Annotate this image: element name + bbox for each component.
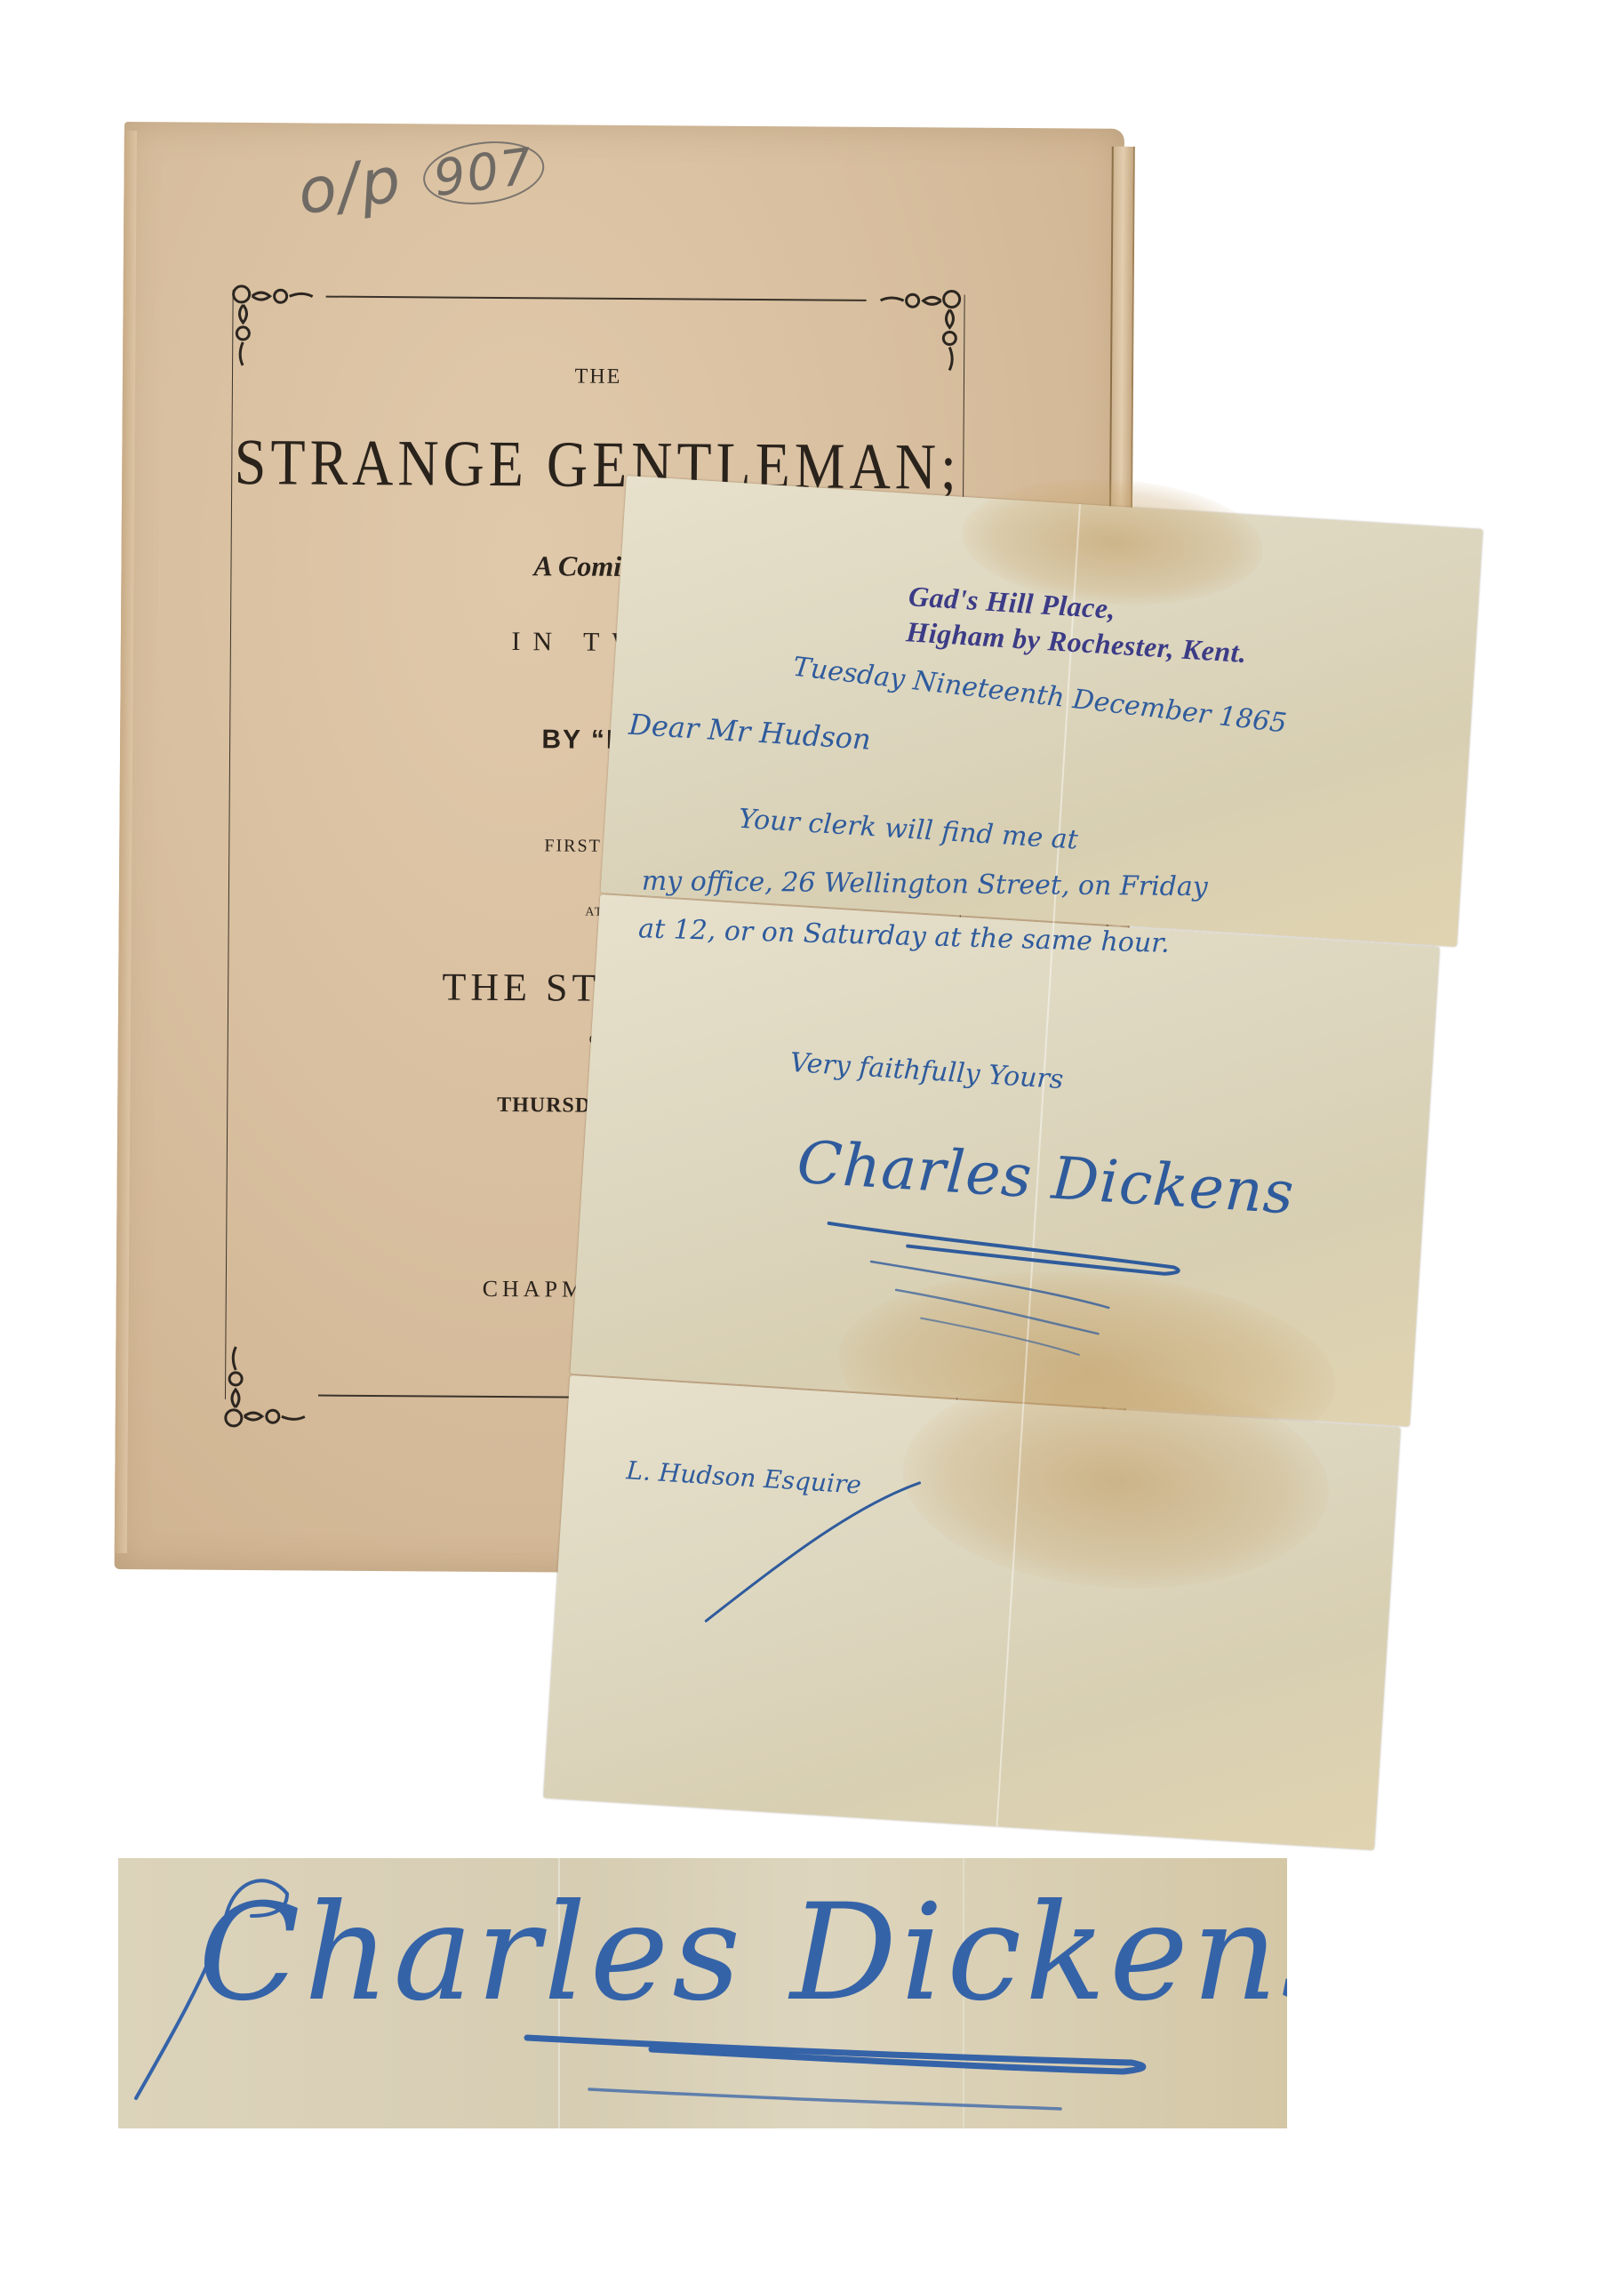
pencil-annotation: o/p 907 [293,124,548,228]
enlarged-signature-flourish-icon [118,1858,1287,2128]
floral-corner-ornament-icon [218,1336,316,1435]
play-title: STRANGE GENTLEMAN; [122,423,1074,506]
pencil-note: o/p [293,143,406,229]
pencil-circled-number: 907 [420,134,548,211]
handwritten-letter: Gad's Hill Place, Higham by Rochester, K… [543,476,1483,1852]
signature-detail-crop: Charles Dickens [118,1858,1287,2128]
letter-fold-panel-bottom [543,1375,1400,1850]
address-flourish-icon [688,1460,929,1643]
signature-flourish-icon [812,1205,1194,1370]
letter-body-line: my office, 26 Wellington Street, on Frid… [642,866,1208,903]
